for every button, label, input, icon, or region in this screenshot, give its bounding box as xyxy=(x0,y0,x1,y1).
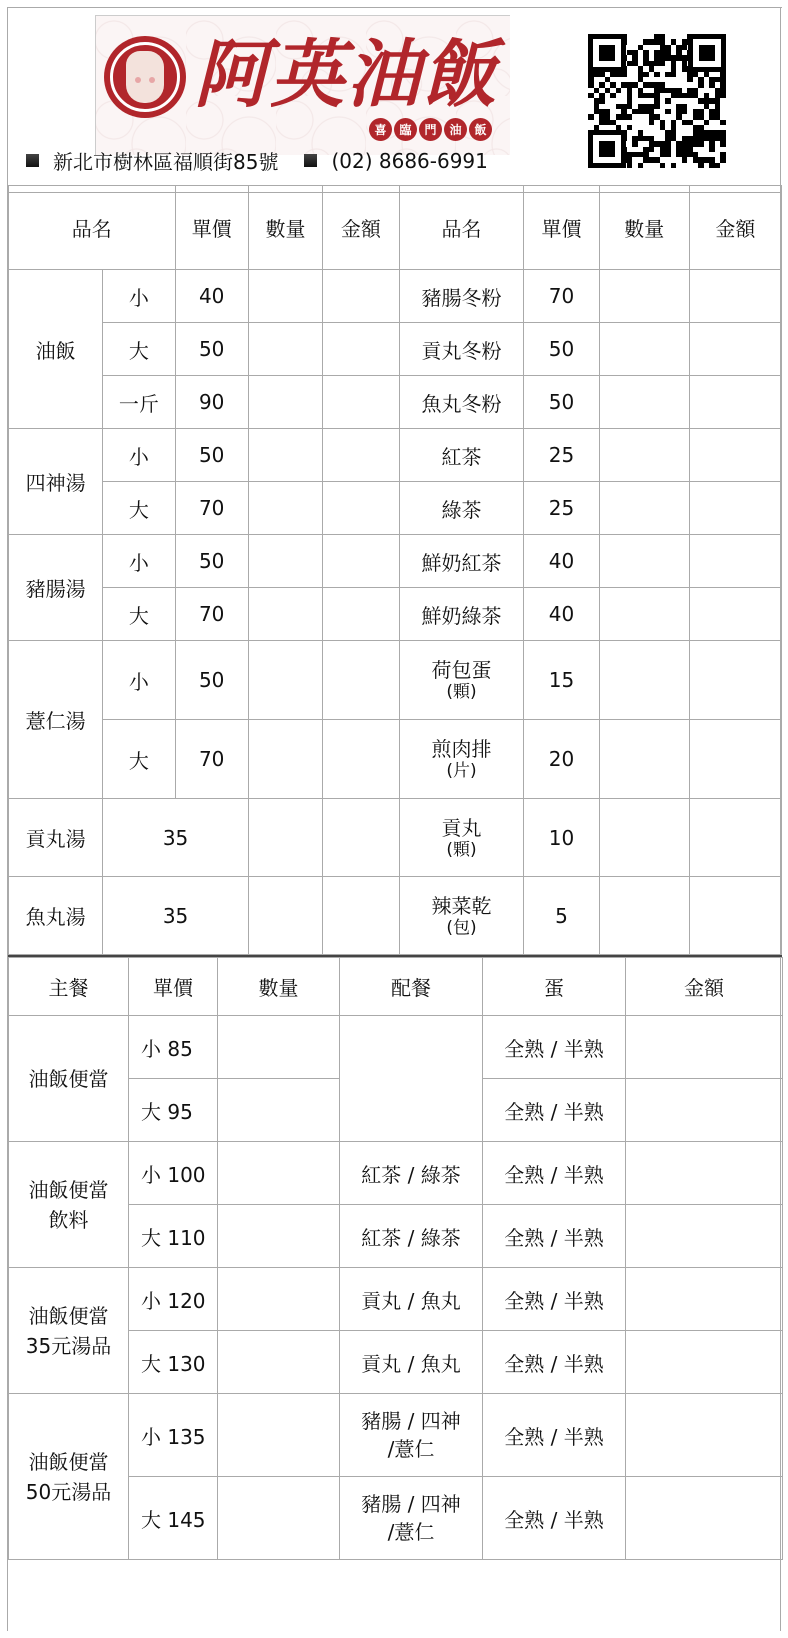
item-price: 50 xyxy=(175,641,248,720)
amount-cell[interactable] xyxy=(323,588,399,641)
item-price: 35 xyxy=(103,799,249,877)
item-name-with-unit: 煎肉排 (片) xyxy=(399,720,524,799)
qty-cell[interactable] xyxy=(599,376,689,429)
amount-cell[interactable] xyxy=(323,429,399,482)
header-price-left: 單價 xyxy=(175,186,248,270)
item-price: 50 xyxy=(175,323,248,376)
table-row: 油飯便當 35元湯品 小 120 貢丸 / 魚丸 全熟 / 半熟 xyxy=(9,1268,783,1331)
qty-cell[interactable] xyxy=(248,877,322,955)
amount-cell[interactable] xyxy=(626,1016,783,1079)
side-choice[interactable]: 紅茶 / 綠茶 xyxy=(340,1205,483,1268)
item-price: 15 xyxy=(524,641,599,720)
header-name-right: 品名 xyxy=(399,186,524,270)
bento-price: 大 110 xyxy=(129,1205,218,1268)
bento-price: 大 145 xyxy=(129,1477,218,1560)
header: 阿英油飯 喜 臨 門 油 飯 新北市樹林區福順街85號 (02) 8686-69… xyxy=(8,7,782,193)
item-size: 小 xyxy=(103,270,175,323)
header-qty: 數量 xyxy=(218,958,340,1016)
item-group-name: 薏仁湯 xyxy=(9,641,103,799)
qty-cell[interactable] xyxy=(218,1477,340,1560)
brand-logo-banner: 阿英油飯 喜 臨 門 油 飯 xyxy=(95,15,510,155)
qty-cell[interactable] xyxy=(218,1079,340,1142)
item-price: 40 xyxy=(175,270,248,323)
brand-title: 阿英油飯 xyxy=(194,30,498,120)
amount-cell[interactable] xyxy=(626,1079,783,1142)
qty-cell[interactable] xyxy=(218,1205,340,1268)
phone-number: (02) 8686-6991 xyxy=(331,149,487,173)
bento-name-line2: 飲料 xyxy=(9,1205,128,1235)
item-group-name: 豬腸湯 xyxy=(9,535,103,641)
qty-cell[interactable] xyxy=(599,641,689,720)
egg-choice[interactable]: 全熟 / 半熟 xyxy=(483,1142,626,1205)
amount-cell[interactable] xyxy=(626,1205,783,1268)
item-name: 紅茶 xyxy=(399,429,524,482)
item-size: 小 xyxy=(103,429,175,482)
slogan-char: 喜 xyxy=(369,118,392,141)
bento-price: 小 120 xyxy=(129,1268,218,1331)
bento-name-line2: 35元湯品 xyxy=(9,1331,128,1361)
item-name-with-unit: 辣菜乾 (包) xyxy=(399,877,524,955)
bento-price: 小 85 xyxy=(129,1016,218,1079)
header-amount-right: 金額 xyxy=(689,186,781,270)
slogan-char: 門 xyxy=(419,118,442,141)
amount-cell[interactable] xyxy=(689,641,781,720)
amount-cell[interactable] xyxy=(626,1394,783,1477)
item-size: 大 xyxy=(103,720,175,799)
table-row: 豬腸湯 小 50 鮮奶紅茶 40 xyxy=(9,535,782,588)
slogan-char: 臨 xyxy=(394,118,417,141)
qty-cell[interactable] xyxy=(599,323,689,376)
table-row: 薏仁湯 小 50 荷包蛋 (顆) 15 xyxy=(9,641,782,720)
order-sheet: 阿英油飯 喜 臨 門 油 飯 新北市樹林區福順街85號 (02) 8686-69… xyxy=(7,7,781,1631)
header-price-right: 單價 xyxy=(524,186,599,270)
square-bullet-icon xyxy=(304,154,317,167)
item-group-name: 貢丸湯 xyxy=(9,799,103,877)
qr-code-icon[interactable] xyxy=(588,34,726,168)
bento-group-name: 油飯便當 飲料 xyxy=(9,1142,129,1268)
amount-cell[interactable] xyxy=(689,429,781,482)
square-bullet-icon xyxy=(26,154,39,167)
side-line1: 豬腸 / 四神 xyxy=(340,1490,482,1518)
bento-name-line1: 油飯便當 xyxy=(9,1301,128,1331)
bento-price: 小 100 xyxy=(129,1142,218,1205)
qty-cell[interactable] xyxy=(599,877,689,955)
item-name: 貢丸 xyxy=(400,816,524,840)
table-header-row: 主餐 單價 數量 配餐 蛋 金額 xyxy=(9,958,783,1016)
amount-cell[interactable] xyxy=(323,799,399,877)
item-size: 大 xyxy=(103,323,175,376)
amount-cell[interactable] xyxy=(323,877,399,955)
side-choice[interactable]: 紅茶 / 綠茶 xyxy=(340,1142,483,1205)
amount-cell[interactable] xyxy=(689,270,781,323)
header-main: 主餐 xyxy=(9,958,129,1016)
item-price: 25 xyxy=(524,482,599,535)
side-cell-empty xyxy=(340,1016,483,1142)
qty-cell[interactable] xyxy=(218,1331,340,1394)
egg-choice[interactable]: 全熟 / 半熟 xyxy=(483,1079,626,1142)
qty-cell[interactable] xyxy=(248,799,322,877)
a-la-carte-table: 品名 單價 數量 金額 品名 單價 數量 金額 油飯 小 40 豬腸冬粉 70 xyxy=(8,185,782,955)
table-row: 油飯便當 50元湯品 小 135 豬腸 / 四神 /薏仁 全熟 / 半熟 xyxy=(9,1394,783,1477)
side-line2: /薏仁 xyxy=(340,1518,482,1546)
qty-cell[interactable] xyxy=(248,376,322,429)
header-qty-right: 數量 xyxy=(599,186,689,270)
rice-mascot-logo-icon xyxy=(104,36,186,118)
table-row: 大 70 鮮奶綠茶 40 xyxy=(9,588,782,641)
amount-cell[interactable] xyxy=(323,720,399,799)
item-price: 50 xyxy=(175,535,248,588)
amount-cell[interactable] xyxy=(689,535,781,588)
table-row: 四神湯 小 50 紅茶 25 xyxy=(9,429,782,482)
amount-cell[interactable] xyxy=(689,482,781,535)
side-choice[interactable]: 豬腸 / 四神 /薏仁 xyxy=(340,1394,483,1477)
qty-cell[interactable] xyxy=(248,641,322,720)
item-price: 50 xyxy=(524,376,599,429)
item-price: 10 xyxy=(524,799,599,877)
bento-table: 主餐 單價 數量 配餐 蛋 金額 油飯便當 小 85 全熟 / 半熟 大 xyxy=(8,957,783,1560)
table-row: 油飯便當 飲料 小 100 紅茶 / 綠茶 全熟 / 半熟 xyxy=(9,1142,783,1205)
amount-cell[interactable] xyxy=(689,720,781,799)
qty-cell[interactable] xyxy=(248,588,322,641)
qty-cell[interactable] xyxy=(599,270,689,323)
item-price: 20 xyxy=(524,720,599,799)
item-price: 50 xyxy=(524,323,599,376)
item-price: 35 xyxy=(103,877,249,955)
bento-name-line2: 50元湯品 xyxy=(9,1477,128,1507)
bento-price: 小 135 xyxy=(129,1394,218,1477)
table-row: 一斤 90 魚丸冬粉 50 xyxy=(9,376,782,429)
amount-cell[interactable] xyxy=(689,376,781,429)
item-name: 貢丸冬粉 xyxy=(399,323,524,376)
item-group-name: 四神湯 xyxy=(9,429,103,535)
item-name: 辣菜乾 xyxy=(400,894,524,918)
table-row: 大 70 煎肉排 (片) 20 xyxy=(9,720,782,799)
table-row: 大 50 貢丸冬粉 50 xyxy=(9,323,782,376)
header-price: 單價 xyxy=(129,958,218,1016)
item-price: 40 xyxy=(524,535,599,588)
side-choice[interactable]: 豬腸 / 四神 /薏仁 xyxy=(340,1477,483,1560)
qty-cell[interactable] xyxy=(248,323,322,376)
item-group-name: 魚丸湯 xyxy=(9,877,103,955)
item-size: 小 xyxy=(103,641,175,720)
item-name: 鮮奶紅茶 xyxy=(399,535,524,588)
item-unit: (包) xyxy=(400,918,524,938)
amount-cell[interactable] xyxy=(323,482,399,535)
item-name-with-unit: 貢丸 (顆) xyxy=(399,799,524,877)
item-unit: (顆) xyxy=(400,682,524,702)
side-line1: 豬腸 / 四神 xyxy=(340,1407,482,1435)
slogan-char: 飯 xyxy=(469,118,492,141)
egg-choice[interactable]: 全熟 / 半熟 xyxy=(483,1016,626,1079)
amount-cell[interactable] xyxy=(689,877,781,955)
item-size: 大 xyxy=(103,588,175,641)
bento-name-line1: 油飯便當 xyxy=(9,1447,128,1477)
amount-cell[interactable] xyxy=(323,535,399,588)
table-row: 油飯 小 40 豬腸冬粉 70 xyxy=(9,270,782,323)
item-size: 小 xyxy=(103,535,175,588)
amount-cell[interactable] xyxy=(689,588,781,641)
amount-cell[interactable] xyxy=(626,1142,783,1205)
item-price: 70 xyxy=(524,270,599,323)
bento-group-name: 油飯便當 35元湯品 xyxy=(9,1268,129,1394)
bento-price: 大 95 xyxy=(129,1079,218,1142)
slogan: 喜 臨 門 油 飯 xyxy=(369,118,492,141)
qty-cell[interactable] xyxy=(218,1142,340,1205)
bento-name-line1: 油飯便當 xyxy=(9,1064,128,1094)
table-row: 大 70 綠茶 25 xyxy=(9,482,782,535)
amount-cell[interactable] xyxy=(689,799,781,877)
amount-cell[interactable] xyxy=(626,1268,783,1331)
qty-cell[interactable] xyxy=(218,1268,340,1331)
bento-price: 大 130 xyxy=(129,1331,218,1394)
table-row: 魚丸湯 35 辣菜乾 (包) 5 xyxy=(9,877,782,955)
item-price: 70 xyxy=(175,482,248,535)
egg-choice[interactable]: 全熟 / 半熟 xyxy=(483,1331,626,1394)
amount-cell[interactable] xyxy=(626,1477,783,1560)
egg-choice[interactable]: 全熟 / 半熟 xyxy=(483,1477,626,1560)
item-price: 50 xyxy=(175,429,248,482)
amount-cell[interactable] xyxy=(323,323,399,376)
item-name: 豬腸冬粉 xyxy=(399,270,524,323)
qty-cell[interactable] xyxy=(599,720,689,799)
header-amount-left: 金額 xyxy=(323,186,399,270)
item-unit: (顆) xyxy=(400,840,524,860)
item-size: 一斤 xyxy=(103,376,175,429)
item-name-with-unit: 荷包蛋 (顆) xyxy=(399,641,524,720)
qty-cell[interactable] xyxy=(248,482,322,535)
qty-cell[interactable] xyxy=(218,1394,340,1477)
qty-cell[interactable] xyxy=(248,535,322,588)
qty-cell[interactable] xyxy=(218,1016,340,1079)
egg-choice[interactable]: 全熟 / 半熟 xyxy=(483,1394,626,1477)
header-egg: 蛋 xyxy=(483,958,626,1016)
bento-name-line1: 油飯便當 xyxy=(9,1175,128,1205)
item-price: 25 xyxy=(524,429,599,482)
qty-cell[interactable] xyxy=(599,482,689,535)
egg-choice[interactable]: 全熟 / 半熟 xyxy=(483,1205,626,1268)
item-name: 綠茶 xyxy=(399,482,524,535)
item-name: 煎肉排 xyxy=(400,737,524,761)
header-side: 配餐 xyxy=(340,958,483,1016)
header-amount: 金額 xyxy=(626,958,783,1016)
amount-cell[interactable] xyxy=(323,641,399,720)
side-choice[interactable]: 貢丸 / 魚丸 xyxy=(340,1268,483,1331)
item-price: 70 xyxy=(175,588,248,641)
amount-cell[interactable] xyxy=(689,323,781,376)
qty-cell[interactable] xyxy=(248,720,322,799)
side-line2: /薏仁 xyxy=(340,1435,482,1463)
item-price: 70 xyxy=(175,720,248,799)
item-name: 荷包蛋 xyxy=(400,658,524,682)
amount-cell[interactable] xyxy=(626,1331,783,1394)
table-row: 油飯便當 小 85 全熟 / 半熟 xyxy=(9,1016,783,1079)
item-price: 40 xyxy=(524,588,599,641)
header-name-left: 品名 xyxy=(9,186,176,270)
egg-choice[interactable]: 全熟 / 半熟 xyxy=(483,1268,626,1331)
header-qty-left: 數量 xyxy=(248,186,322,270)
item-size: 大 xyxy=(103,482,175,535)
qty-cell[interactable] xyxy=(599,535,689,588)
qty-cell[interactable] xyxy=(248,429,322,482)
qty-cell[interactable] xyxy=(599,429,689,482)
qty-cell[interactable] xyxy=(599,588,689,641)
item-name: 魚丸冬粉 xyxy=(399,376,524,429)
table-row: 貢丸湯 35 貢丸 (顆) 10 xyxy=(9,799,782,877)
side-choice[interactable]: 貢丸 / 魚丸 xyxy=(340,1331,483,1394)
item-price: 5 xyxy=(524,877,599,955)
slogan-char: 油 xyxy=(444,118,467,141)
item-name: 鮮奶綠茶 xyxy=(399,588,524,641)
amount-cell[interactable] xyxy=(323,376,399,429)
qty-cell[interactable] xyxy=(599,799,689,877)
item-unit: (片) xyxy=(400,761,524,781)
bento-group-name: 油飯便當 xyxy=(9,1016,129,1142)
qty-cell[interactable] xyxy=(248,270,322,323)
bento-group-name: 油飯便當 50元湯品 xyxy=(9,1394,129,1560)
amount-cell[interactable] xyxy=(323,270,399,323)
table-header-row: 品名 單價 數量 金額 品名 單價 數量 金額 xyxy=(9,186,782,270)
item-group-name: 油飯 xyxy=(9,270,103,429)
contact-info: 新北市樹林區福順街85號 (02) 8686-6991 xyxy=(26,146,488,175)
item-price: 90 xyxy=(175,376,248,429)
address: 新北市樹林區福順街85號 xyxy=(53,146,278,175)
